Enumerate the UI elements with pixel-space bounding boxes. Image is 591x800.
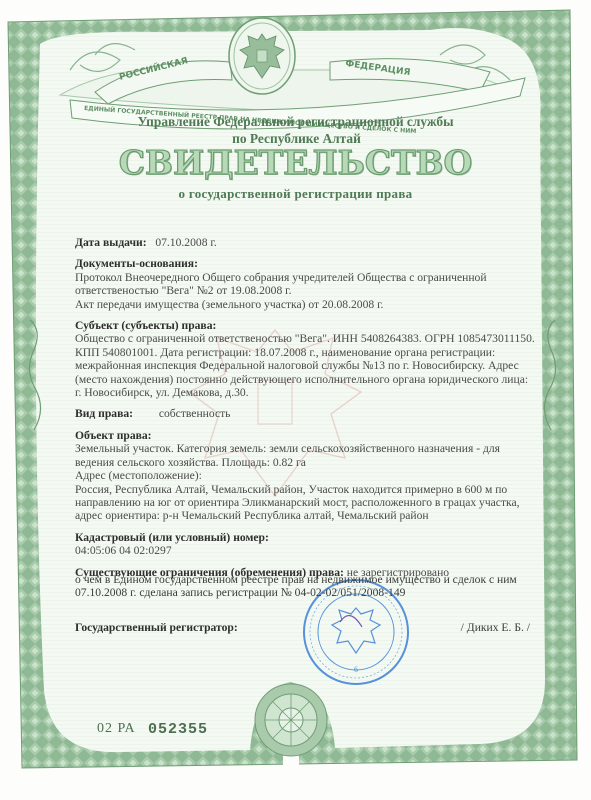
object-line: Земельный участок. Категория земель: зем… [75, 442, 530, 455]
registrar-label: Государственный регистратор: [75, 621, 238, 634]
registration-record-line: 07.10.2008 г. сделана запись регистрации… [75, 586, 530, 599]
subjects-line: (место нахождения) постоянно действующег… [75, 373, 530, 386]
subjects-line: КПП 540801001. Дата регистрации: 18.07.2… [75, 346, 530, 359]
cadastral-label: Кадастровый (или условный) номер: [75, 531, 530, 544]
document-title: СВИДЕТЕЛЬСТВО [0, 143, 591, 182]
basis-documents-field: Документы-основания: Протокол Внеочередн… [75, 257, 530, 311]
object-field: Объект права: Земельный участок. Категор… [75, 429, 530, 523]
basis-documents-label: Документы-основания: [75, 257, 530, 270]
issue-date-value: 07.10.2008 г. [155, 236, 216, 249]
subjects-line: Общество с ограниченной ответственостью … [75, 332, 530, 345]
registrar-name: / Диких Е. Б. / [461, 621, 530, 634]
basis-documents-line: ответственостью "Вега" №2 от 19.08.2008 … [75, 284, 530, 297]
basis-documents-line: Акт передачи имущества (земельного участ… [75, 298, 530, 311]
issue-date-field: Дата выдачи: 07.10.2008 г. [75, 236, 530, 249]
subjects-label: Субъект (субъекты) права: [75, 319, 530, 332]
document-subtitle: о государственной регистрации права [0, 186, 591, 202]
subjects-line: г. Новосибирск, ул. Демакова, д.30. [75, 386, 530, 399]
double-headed-eagle-icon [229, 18, 295, 94]
issuing-authority: Управление Федеральной регистрационной с… [0, 113, 591, 147]
object-line: Россия, Республика Алтай, Чемальский рай… [75, 483, 530, 496]
object-label: Объект права: [75, 429, 530, 442]
registration-record-line: о чем в Едином государственном реестре п… [75, 573, 530, 586]
issuing-authority-line-1: Управление Федеральной регистрационной с… [0, 113, 591, 130]
object-line: адрес ориентира: р-н Чемальский Республи… [75, 509, 530, 522]
registrar-signature-line: Государственный регистратор: / Диких Е. … [75, 621, 530, 634]
rosette-ornament-icon [255, 684, 327, 756]
right-type-value: собственность [159, 407, 231, 420]
right-type-field: Вид права: собственность [75, 407, 530, 420]
subjects-line: межрайонная инспекция Федеральной налого… [75, 359, 530, 372]
right-type-label: Вид права: [75, 407, 133, 420]
registration-record: о чем в Едином государственном реестре п… [75, 573, 530, 600]
basis-documents-line: Протокол Внеочередного Общего собрания у… [75, 271, 530, 284]
object-line: Адрес (местоположение): [75, 469, 530, 482]
certificate-body: Дата выдачи: 07.10.2008 г. Документы-осн… [75, 236, 530, 587]
svg-text:6: 6 [354, 665, 358, 674]
cadastral-field: Кадастровый (или условный) номер: 04:05:… [75, 531, 530, 558]
issue-date-label: Дата выдачи: [75, 236, 147, 249]
form-series: 02 РА [97, 721, 136, 737]
object-line: направлению на юг от ориентира Эликманар… [75, 496, 530, 509]
object-line: ведения сельского хозяйства. Площадь: 0.… [75, 456, 530, 469]
form-number: 052355 [148, 721, 208, 738]
cadastral-value: 04:05:06 04 02:0297 [75, 544, 530, 557]
subjects-field: Субъект (субъекты) права: Общество с огр… [75, 319, 530, 399]
